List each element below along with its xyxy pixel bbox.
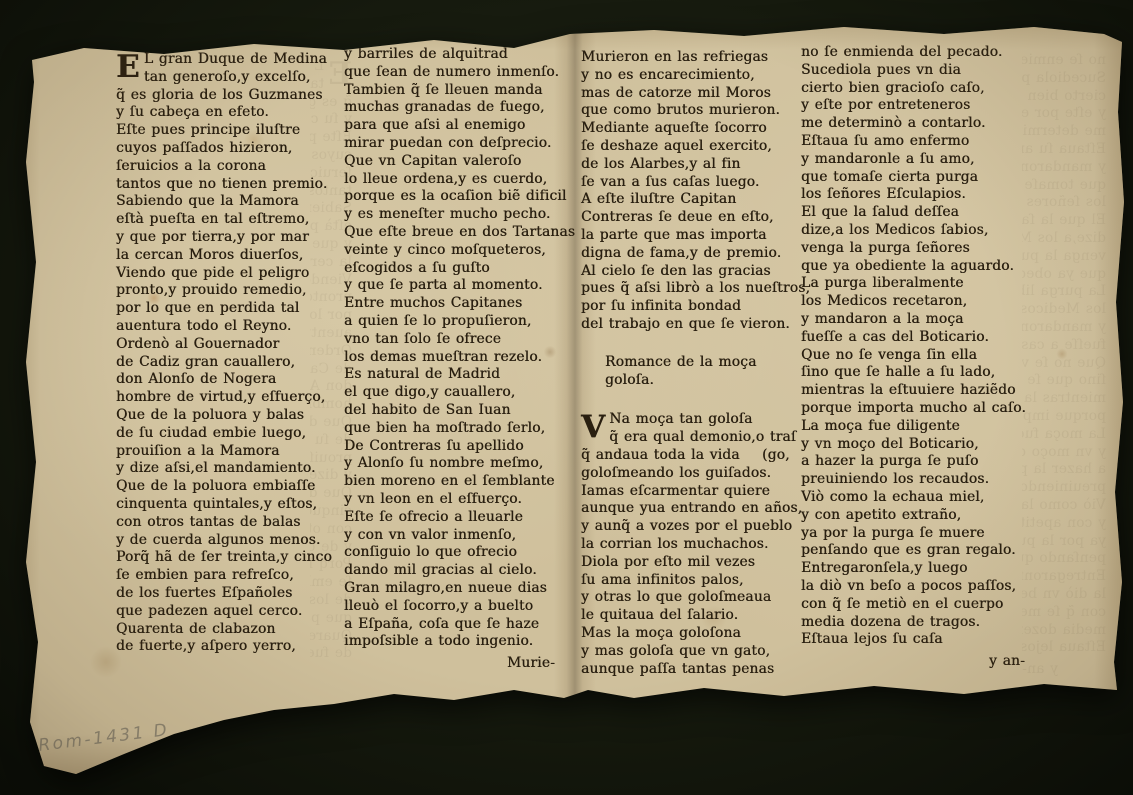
paper-crease bbox=[132, 750, 368, 770]
paper-sheet-shadow: EL gran Duque de Medinatan generoſo,y ex… bbox=[0, 0, 1133, 795]
photo-background: EL gran Duque de Medinatan generoſo,y ex… bbox=[0, 0, 1133, 795]
edge-vignette bbox=[14, 22, 1126, 780]
paper-sheet: EL gran Duque de Medinatan generoſo,y ex… bbox=[14, 22, 1126, 780]
